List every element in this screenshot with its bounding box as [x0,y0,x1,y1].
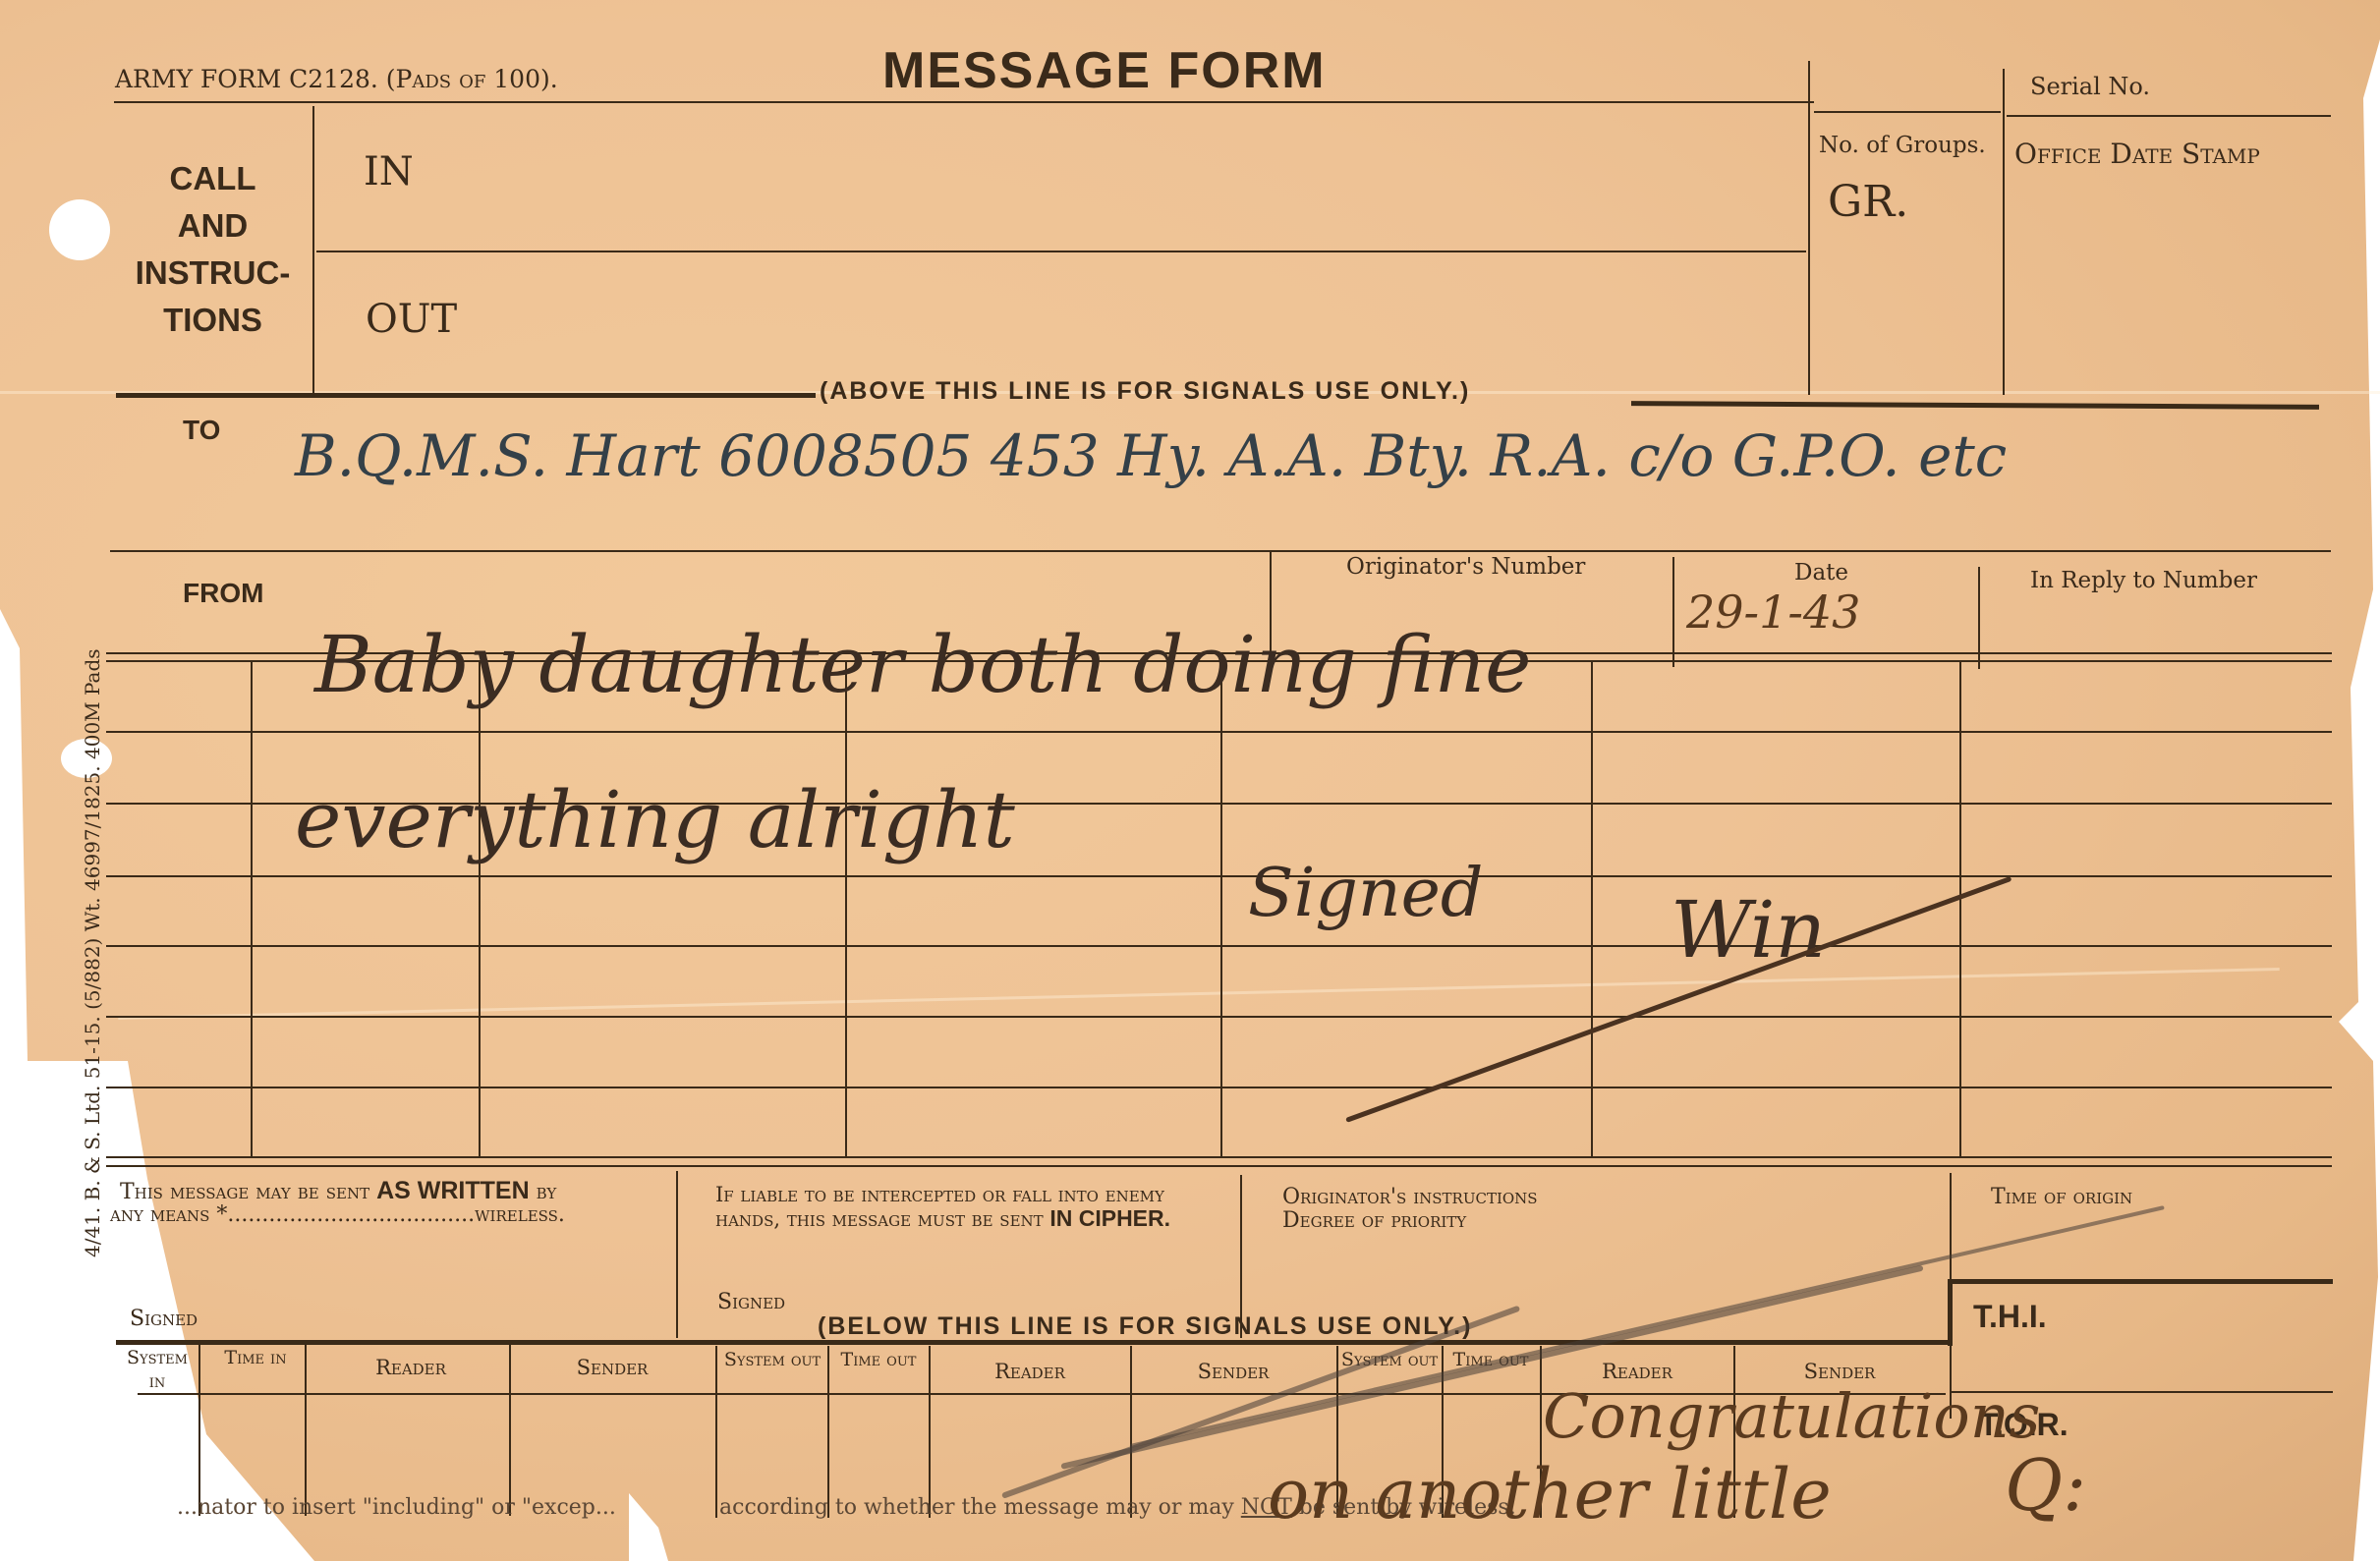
signature: Win [1671,884,1826,976]
col-reader: Reader [314,1356,507,1379]
grid-column [1220,660,1222,1156]
grid-column [1959,660,1961,1156]
call-label-line: TIONS [102,297,323,344]
from-label: FROM [183,578,263,609]
cipher-note: If liable to be intercepted or fall into… [715,1183,1226,1231]
as-written-text: This message may be sent [120,1180,369,1204]
as-written-bold: AS WRITTEN [376,1177,530,1204]
below-line-note: (BELOW THIS LINE IS FOR SIGNALS USE ONLY… [818,1312,1472,1341]
grid-rule [106,1156,2332,1158]
signals-rule [116,393,816,398]
above-line-note: (ABOVE THIS LINE IS FOR SIGNALS USE ONLY… [820,377,1470,406]
as-written-line: This message may be sent AS WRITTEN by [120,1177,556,1205]
call-label-line: CALL [102,155,323,202]
form-number: ARMY FORM C2128. (Pads of 100). [115,65,558,93]
signals-column [305,1344,307,1516]
call-instructions-label: CALL AND INSTRUC- TIONS [102,155,323,344]
to-label: TO [183,415,220,446]
signals-rule [116,1340,1950,1345]
grid-column [251,660,253,1156]
call-label-line: INSTRUC- [102,250,323,297]
grid-rule [106,945,2332,947]
annotation-line-2: on another little [1268,1454,1832,1534]
grid-rule [106,731,2332,733]
col-system-out: System out [719,1348,825,1371]
header-rule [114,101,1814,103]
bottom-divider [676,1171,678,1338]
thi-rule [1950,1279,2333,1284]
footnote-left: ...nator to insert "including" or "excep… [177,1495,616,1520]
grid-rule [106,1087,2332,1088]
col-reader: Reader [932,1360,1128,1383]
stamp-divider [2003,69,2005,395]
signed-label-1: Signed [130,1307,198,1331]
groups-divider [1808,61,1810,395]
signals-column [715,1346,717,1518]
grid-column [845,660,847,1156]
page-title: MESSAGE FORM [882,41,1327,100]
signals-column [827,1346,829,1518]
header-rule [2007,115,2331,117]
to-value: B.Q.M.S. Hart 6008505 453 Hy. A.A. Bty. … [295,422,2007,489]
degree-of-priority-label: Degree of priority [1282,1208,1466,1233]
grid-rule [106,1165,2332,1167]
office-date-stamp-label: Office Date Stamp [2014,138,2260,170]
serial-label: Serial No. [2030,73,2150,100]
grid-column [1591,660,1593,1156]
thi-label: T.H.I. [1973,1299,2047,1335]
date-divider [1672,557,1674,667]
message-line-1: Baby daughter both doing fine [314,619,1531,710]
groups-value: GR. [1828,177,1908,227]
thi-corner [1948,1279,1953,1346]
out-label: OUT [366,297,457,342]
to-rule [110,550,2331,552]
col-time-in: Time in [208,1346,303,1369]
signals-column [929,1346,931,1518]
originator-instructions-label: Originator's instructions [1282,1185,1538,1209]
header-rule [1814,111,2001,113]
signed-handwritten: Signed [1248,855,1483,932]
any-means-line: any means *.............................… [110,1202,565,1227]
time-of-origin-label: Time of origin [1991,1185,2132,1209]
in-out-divider [316,251,1806,252]
cipher-bold: IN CIPHER. [1049,1205,1170,1231]
col-sender: Sender [1132,1360,1334,1383]
message-line-2: everything alright [295,774,1015,865]
signals-column [198,1344,200,1516]
col-sender: Sender [511,1356,713,1379]
groups-label: No. of Groups. [1819,133,1986,158]
call-label-line: AND [102,202,323,250]
signed-label-2: Signed [717,1290,785,1314]
punch-hole [49,199,110,260]
footnote-text: according to whether the message may or … [719,1495,1234,1520]
grid-rule [106,1016,2332,1018]
as-written-text: by [537,1180,557,1204]
date-label: Date [1794,560,1848,585]
col-time-out: Time out [829,1348,928,1371]
side-print: 4/41. B. & S. Ltd. 51-15. (5/882) Wt. 46… [81,648,104,1257]
col-system-in: System in [118,1346,197,1393]
in-label: IN [364,149,414,195]
date-value: 29-1-43 [1686,585,1860,639]
grid-column [479,660,481,1156]
annotation-line-1: Congratulations [1543,1380,2040,1452]
annotation-line-3: Q: [2005,1444,2086,1527]
originators-number-label: Originator's Number [1346,554,1585,580]
grid-rule [106,875,2332,877]
in-reply-to-number-label: In Reply to Number [2030,568,2257,593]
